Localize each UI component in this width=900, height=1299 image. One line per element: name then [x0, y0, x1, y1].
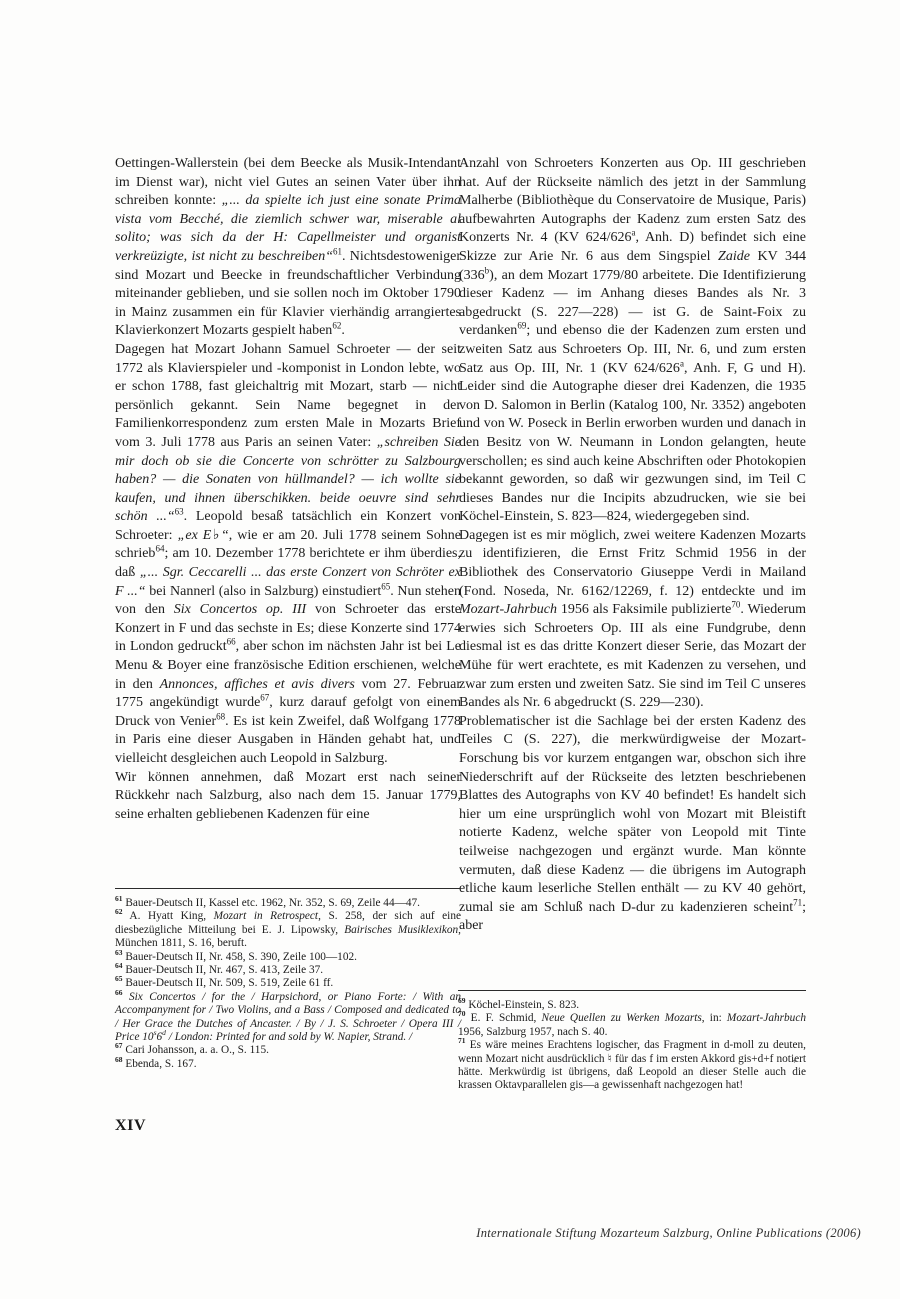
paragraph: Oettingen-Wallerstein (bei dem Beecke al…: [115, 155, 461, 341]
footnotes-left: 61 Bauer-Deutsch II, Kassel etc. 1962, N…: [115, 897, 461, 1071]
footnote: 61 Bauer-Deutsch II, Kassel etc. 1962, N…: [115, 897, 461, 910]
stray-mark: +: [792, 1056, 797, 1066]
footnote: 71 Es wäre meines Erachtens logischer, d…: [458, 1039, 806, 1093]
paragraph: Problematischer ist die Sachlage bei der…: [459, 713, 806, 936]
paragraph: Anzahl von Schroeters Konzerten aus Op. …: [459, 155, 806, 527]
paragraph: Dagegen hat Mozart Johann Samuel Schroet…: [115, 341, 461, 769]
footnote: 67 Cari Johansson, a. a. O., S. 115.: [115, 1044, 461, 1057]
paragraph: Wir können annehmen, daß Mozart erst nac…: [115, 769, 461, 825]
right-column: Anzahl von Schroeters Konzerten aus Op. …: [459, 155, 806, 936]
footnote: 69 Köchel-Einstein, S. 823.: [458, 999, 806, 1012]
footnote: 70 E. F. Schmid, Neue Quellen zu Werken …: [458, 1012, 806, 1039]
footnote: 63 Bauer-Deutsch II, Nr. 458, S. 390, Ze…: [115, 951, 461, 964]
footnote-separator-right: [458, 990, 806, 991]
footnotes-right: 69 Köchel-Einstein, S. 823. 70 E. F. Sch…: [458, 999, 806, 1093]
footnote: 68 Ebenda, S. 167.: [115, 1058, 461, 1071]
footnote: 65 Bauer-Deutsch II, Nr. 509, S. 519, Ze…: [115, 977, 461, 990]
paragraph: Dagegen ist es mir möglich, zwei weitere…: [459, 527, 806, 713]
footer-credit: Internationale Stiftung Mozarteum Salzbu…: [476, 1226, 861, 1241]
footnote-separator-left: [115, 888, 460, 889]
footnote: 62 A. Hyatt King, Mozart in Retrospect, …: [115, 910, 461, 950]
page-number: XIV: [115, 1117, 146, 1135]
footnote: 66 Six Concertos / for the / Harpsichord…: [115, 991, 461, 1045]
footnote: 64 Bauer-Deutsch II, Nr. 467, S. 413, Ze…: [115, 964, 461, 977]
left-column: Oettingen-Wallerstein (bei dem Beecke al…: [115, 155, 461, 824]
